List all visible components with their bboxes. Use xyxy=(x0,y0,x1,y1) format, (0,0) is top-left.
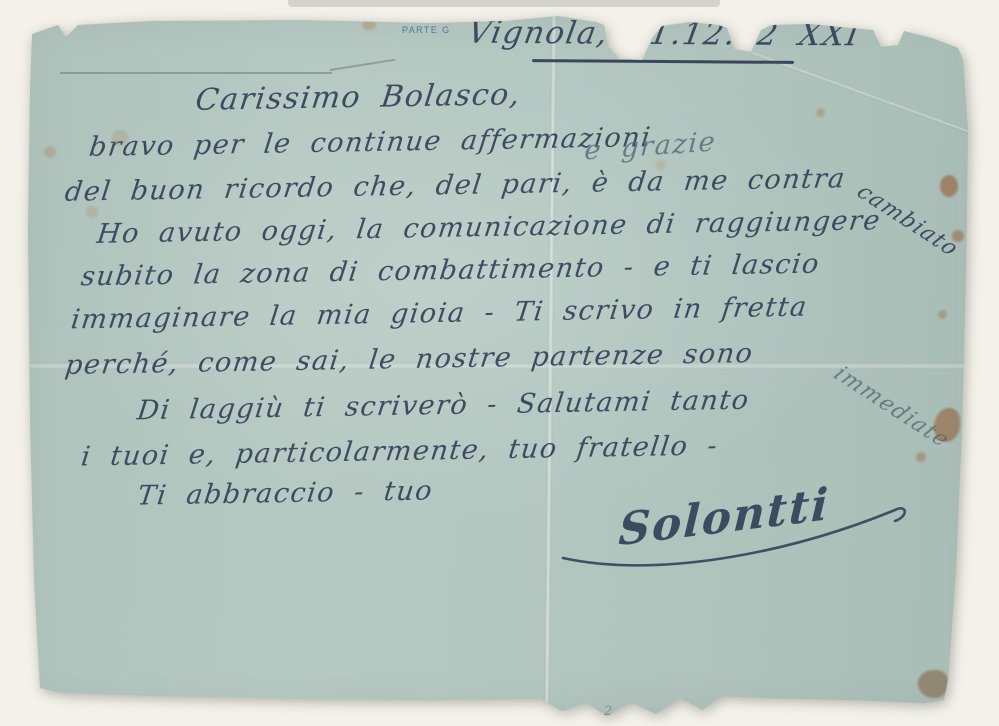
stain xyxy=(44,146,56,158)
stain xyxy=(112,130,128,146)
printed-form-line xyxy=(330,59,396,71)
handwritten-line: bravo per le continue affermazioni xyxy=(87,122,653,163)
handwritten-line: subito la zona di combattimento - e ti l… xyxy=(79,249,822,293)
pencil-page-mark: 2 xyxy=(604,704,612,719)
handwritten-line: Ti abbraccio - tuo xyxy=(136,475,435,511)
paper-sheet: PARTE G Vignola, 11.12.42 XXI Carissimo … xyxy=(0,0,999,726)
stain xyxy=(656,160,666,170)
stain xyxy=(86,206,98,218)
signature-flourish xyxy=(545,480,965,590)
salutation: Carissimo Bolasco, xyxy=(193,77,523,118)
printed-form-label: PARTE G xyxy=(402,25,450,35)
diagonal-fold-crease xyxy=(751,52,970,134)
handwritten-line: immaginare la mia gioia - Ti scrivo in f… xyxy=(69,292,809,336)
margin-continuation-word: immediate xyxy=(828,362,955,453)
stain xyxy=(940,175,958,197)
dateline-underline xyxy=(532,59,794,64)
handwritten-line: perché, come sai, le nostre partenze son… xyxy=(63,338,755,381)
handwritten-line: i tuoi e, particolarmente, tuo fratello … xyxy=(79,430,720,472)
handwritten-line: Di laggiù ti scriverò - Salutami tanto xyxy=(135,385,751,427)
stain xyxy=(934,408,960,442)
handwritten-dateline: Vignola, 11.12.42 XXI xyxy=(465,15,863,54)
handwritten-line: Ho avuto oggi, la comunicazione di raggi… xyxy=(95,205,883,250)
handwritten-line: del buon ricordo che, del pari, è da me … xyxy=(63,163,847,208)
stain xyxy=(938,310,947,319)
stain xyxy=(952,230,964,242)
stain xyxy=(918,670,948,698)
printed-form-line xyxy=(60,72,332,74)
letter-paper: PARTE G Vignola, 11.12.42 XXI Carissimo … xyxy=(0,0,999,726)
stain xyxy=(916,452,926,462)
scanned-letter-page: PARTE G Vignola, 11.12.42 XXI Carissimo … xyxy=(0,0,999,726)
stain xyxy=(362,20,376,30)
stain xyxy=(816,108,825,117)
